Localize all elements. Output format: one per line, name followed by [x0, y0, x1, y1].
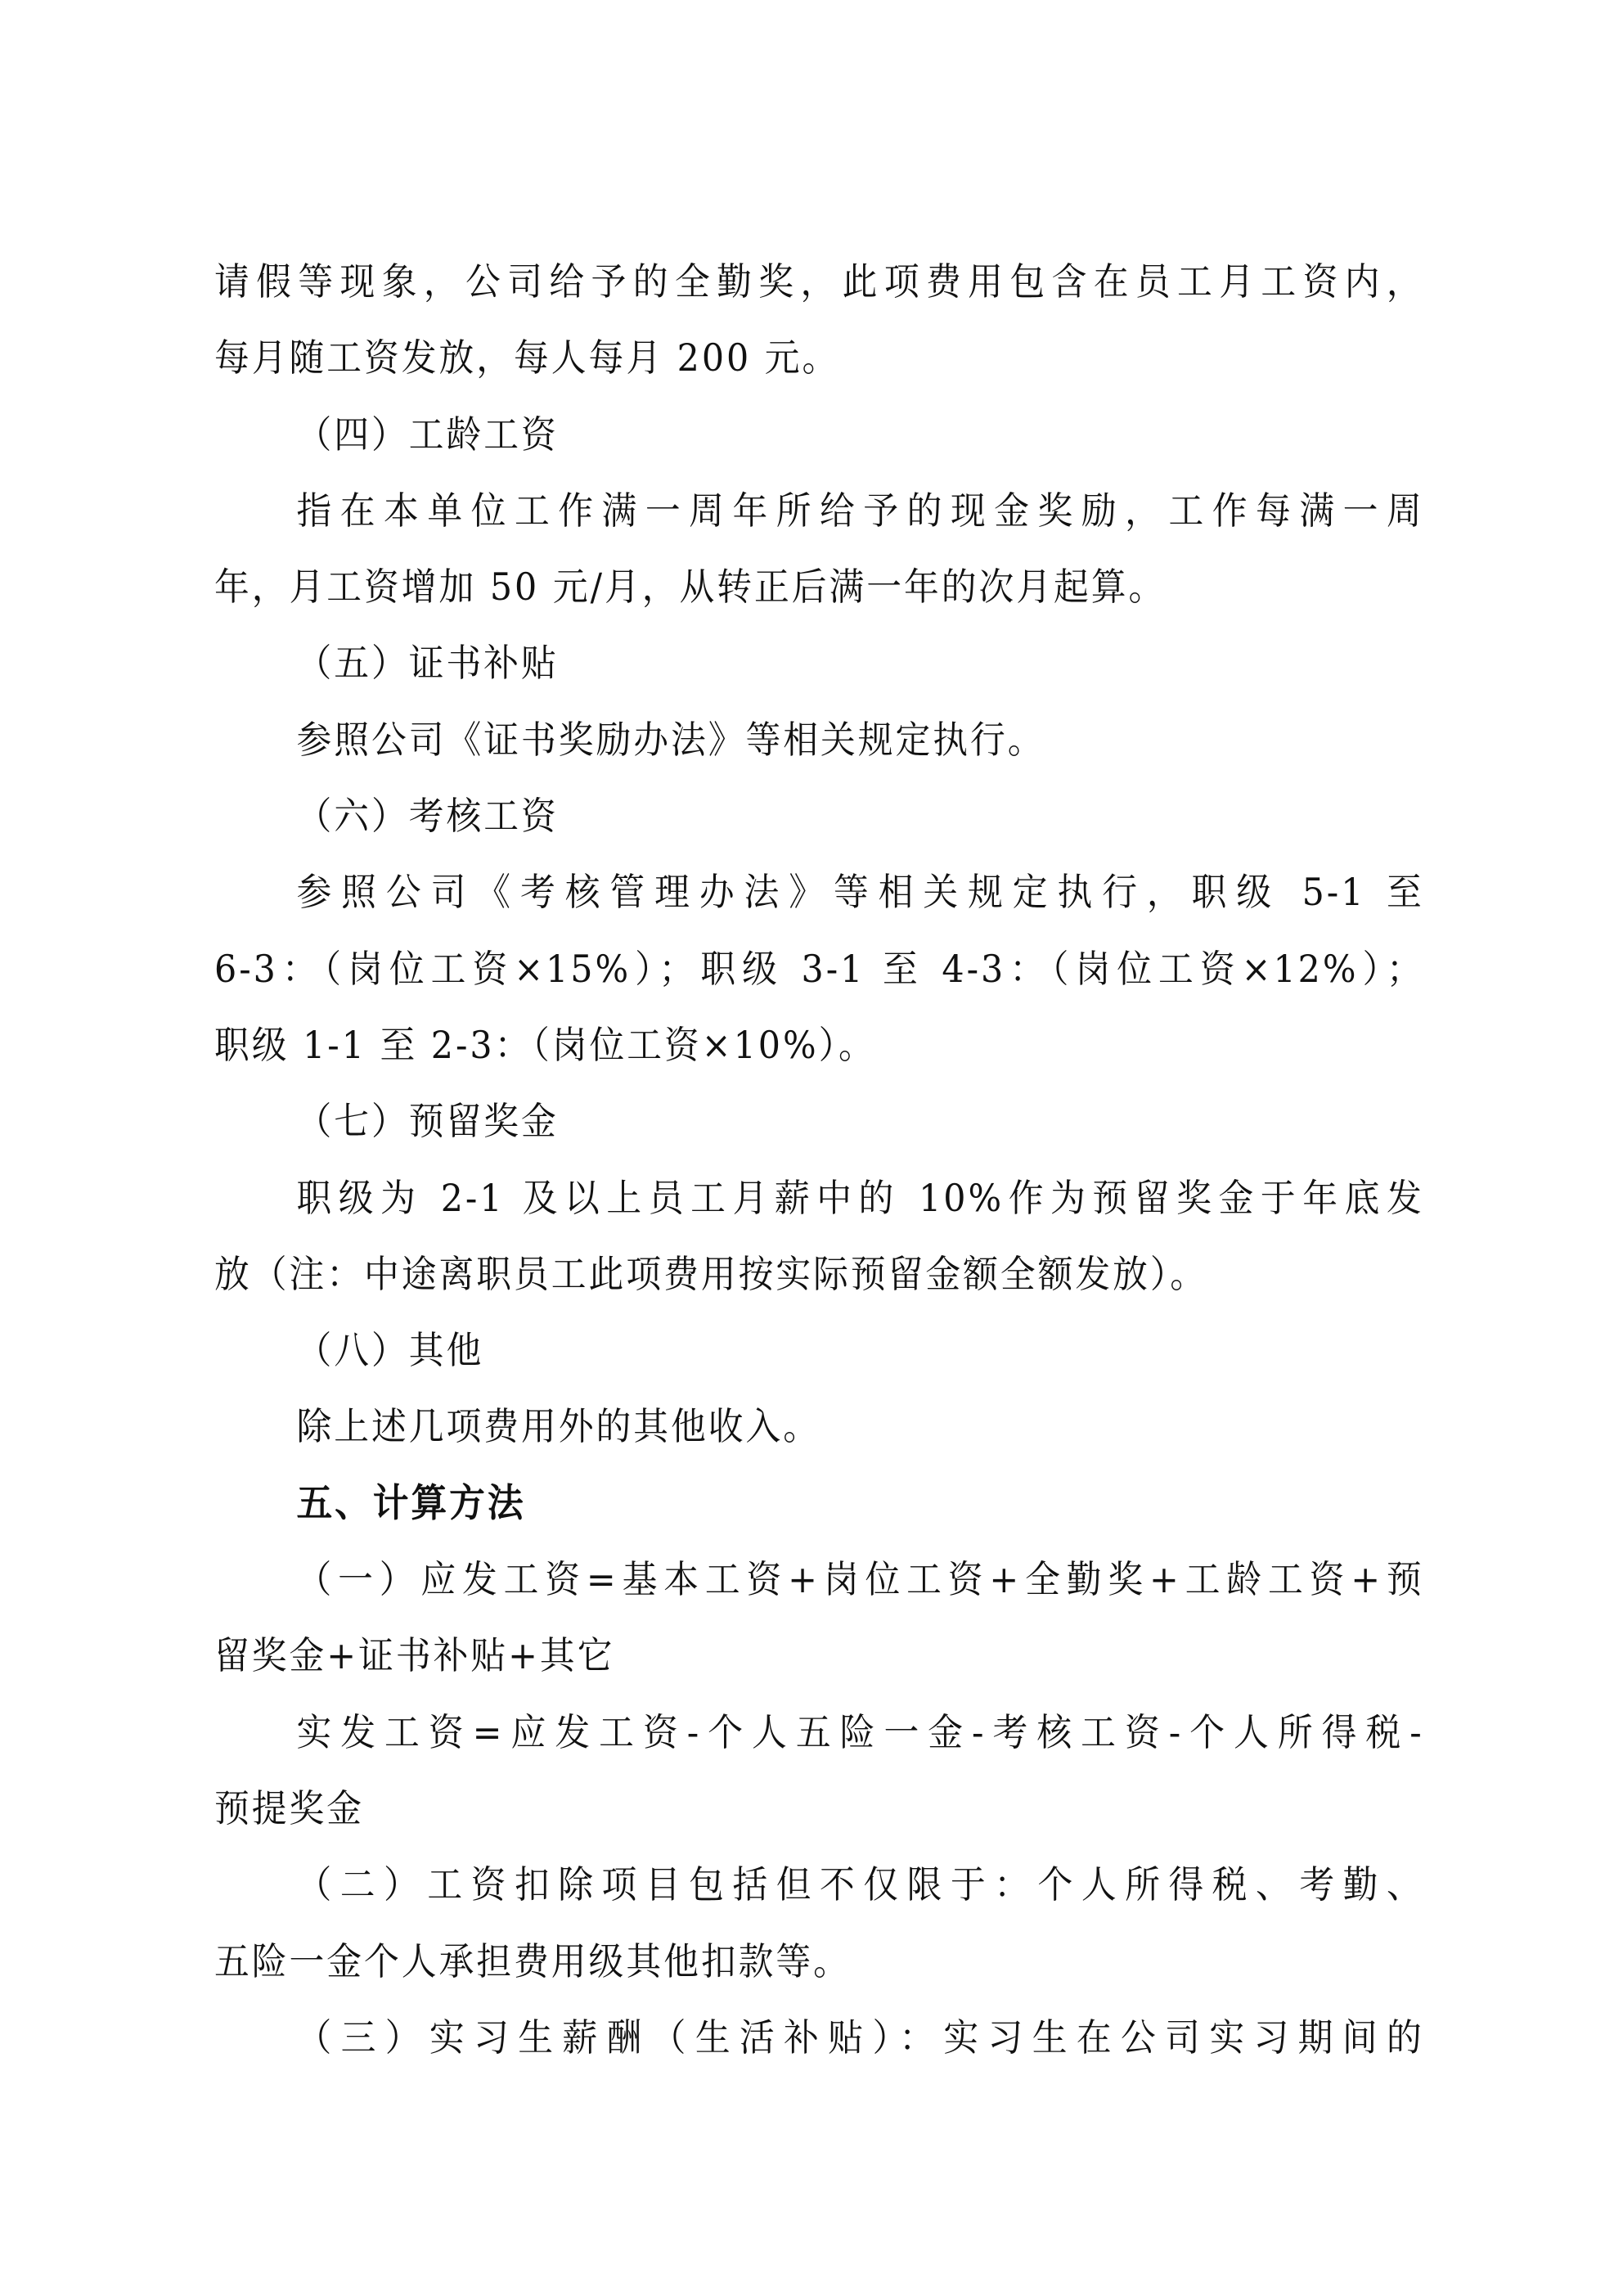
subsection-heading-certificate-allowance: （五）证书补贴: [214, 625, 1340, 701]
paragraph-line: （一）应发工资=基本工资+岗位工资+全勤奖+工龄工资+预: [214, 1542, 1424, 1618]
paragraph-line: 职级 1-1 至 2-3：（岗位工资×10%）。: [214, 1007, 1340, 1083]
paragraph-line: 留奖金+证书补贴+其它: [214, 1618, 1340, 1694]
subsection-heading-reserved-bonus: （七）预留奖金: [214, 1083, 1340, 1159]
paragraph-line: 参照公司《考核管理办法》等相关规定执行，职级 5-1 至: [214, 854, 1424, 930]
paragraph-line: 每月随工资发放，每人每月 200 元。: [214, 320, 1340, 396]
paragraph-line: 放（注：中途离职员工此项费用按实际预留金额全额发放）。: [214, 1236, 1340, 1312]
document-body: 请假等现象，公司给予的全勤奖，此项费用包含在员工月工资内， 每月随工资发放，每人…: [214, 244, 1425, 2076]
paragraph-line: 参照公司《证书奖励办法》等相关规定执行。: [214, 702, 1340, 778]
paragraph-line: （二）工资扣除项目包括但不仅限于：个人所得税、考勤、: [214, 1847, 1424, 1923]
paragraph-line: 预提奖金: [214, 1771, 1340, 1847]
paragraph-line: （三）实习生薪酬（生活补贴）：实习生在公司实习期间的: [214, 2000, 1424, 2076]
subsection-heading-assessment-pay: （六）考核工资: [214, 778, 1340, 854]
paragraph-line: 实发工资=应发工资-个人五险一金-考核工资-个人所得税-: [214, 1695, 1424, 1771]
document-page: 请假等现象，公司给予的全勤奖，此项费用包含在员工月工资内， 每月随工资发放，每人…: [0, 0, 1623, 2296]
paragraph-line: 6-3：（岗位工资×15%）；职级 3-1 至 4-3：（岗位工资×12%）；: [214, 931, 1424, 1007]
paragraph-line: 职级为 2-1 及以上员工月薪中的 10%作为预留奖金于年底发: [214, 1160, 1424, 1236]
paragraph-line: 指在本单位工作满一周年所给予的现金奖励，工作每满一周: [214, 473, 1424, 549]
subsection-heading-seniority-pay: （四）工龄工资: [214, 397, 1340, 473]
paragraph-line: 五险一金个人承担费用级其他扣款等。: [214, 1924, 1340, 2000]
paragraph-line: 年，月工资增加 50 元/月，从转正后满一年的次月起算。: [214, 549, 1340, 625]
subsection-heading-other: （八）其他: [214, 1312, 1340, 1389]
paragraph-line: 请假等现象，公司给予的全勤奖，此项费用包含在员工月工资内，: [214, 244, 1424, 320]
paragraph-line: 除上述几项费用外的其他收入。: [214, 1389, 1340, 1465]
section-heading-calculation-method: 五、计算方法: [214, 1465, 1340, 1542]
